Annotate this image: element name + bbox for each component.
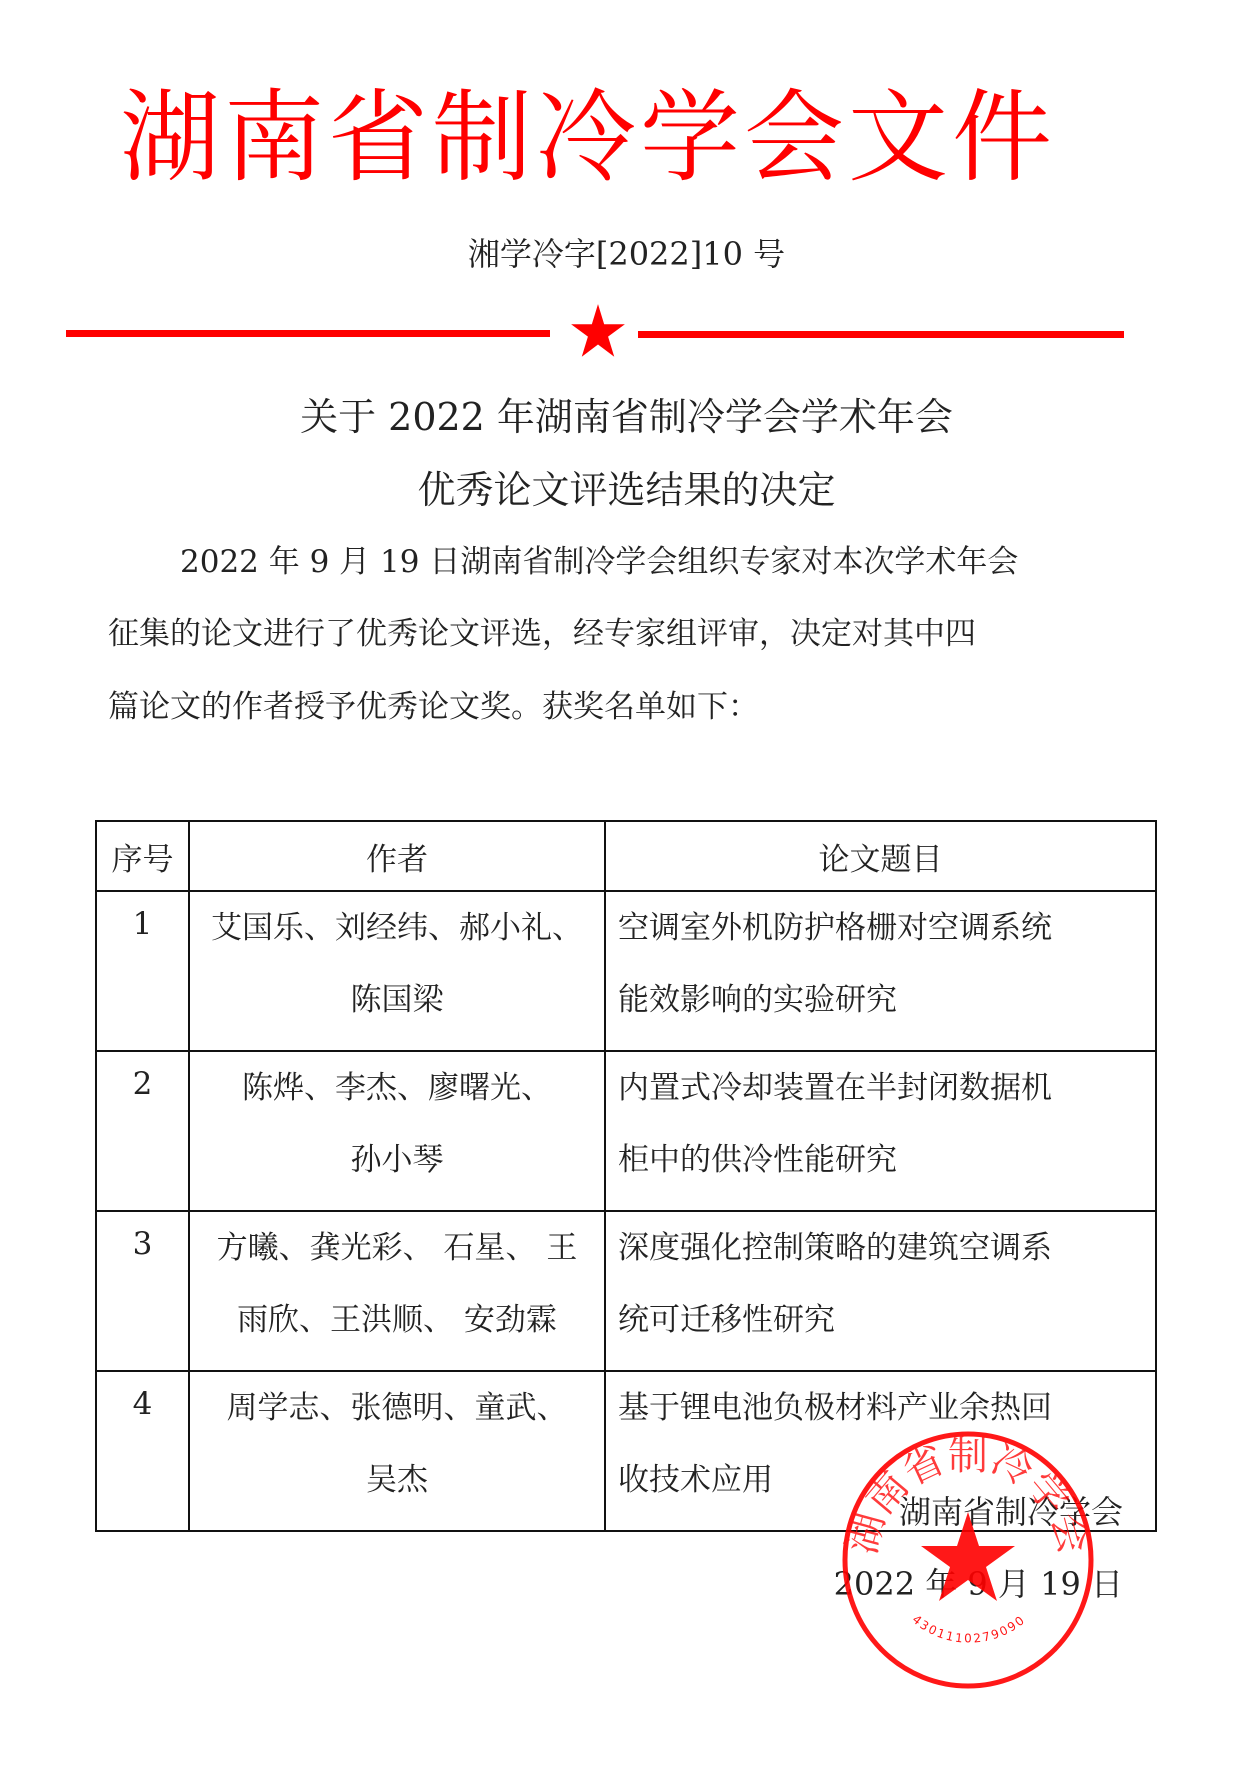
row-number: 4 [96, 1371, 189, 1531]
column-header-number: 序号 [96, 821, 189, 891]
body-paragraph-line: 2022 年 9 月 19 日湖南省制冷学会组织专家对本次学术年会 [180, 540, 1230, 584]
column-header-author: 作者 [189, 821, 605, 891]
title-line: 能效影响的实验研究 [618, 964, 1155, 1036]
document-number: 湘学冷字[2022]10 号 [0, 232, 1253, 276]
body-paragraph-line: 征集的论文进行了优秀论文评选，经专家组评审，决定对其中四 [108, 612, 1158, 656]
title-line: 空调室外机防护格栅对空调系统 [618, 892, 1155, 964]
seal-code: 4301110279090 [910, 1612, 1029, 1645]
row-authors: 陈烨、李杰、廖曙光、 孙小琴 [189, 1051, 605, 1211]
row-paper-title: 深度强化控制策略的建筑空调系 统可迁移性研究 [605, 1211, 1156, 1371]
row-authors: 周学志、张德明、童武、 吴杰 [189, 1371, 605, 1531]
header-divider-right [638, 331, 1124, 338]
title-line: 深度强化控制策略的建筑空调系 [618, 1212, 1155, 1284]
table-header-row: 序号 作者 论文题目 [96, 821, 1156, 891]
author-line: 陈国梁 [190, 964, 604, 1036]
title-line: 统可迁移性研究 [618, 1284, 1155, 1356]
author-line: 吴杰 [190, 1444, 604, 1516]
row-number: 2 [96, 1051, 189, 1211]
table-row: 1 艾国乐、刘经纬、郝小礼、 陈国梁 空调室外机防护格栅对空调系统 能效影响的实… [96, 891, 1156, 1051]
title-line: 柜中的供冷性能研究 [618, 1124, 1155, 1196]
signature-date: 2022 年 9 月 19 日 [834, 1562, 1123, 1606]
author-line: 方曦、龚光彩、 石星、 王 [190, 1212, 604, 1284]
awards-table: 序号 作者 论文题目 1 艾国乐、刘经纬、郝小礼、 陈国梁 空调室外机防护格栅对… [95, 820, 1157, 1532]
svg-text:4301110279090: 4301110279090 [910, 1612, 1029, 1645]
body-paragraph-line: 篇论文的作者授予优秀论文奖。获奖名单如下： [108, 685, 1158, 729]
author-line: 雨欣、王洪顺、 安劲霖 [190, 1284, 604, 1356]
decision-heading-line-2: 优秀论文评选结果的决定 [0, 465, 1253, 515]
table-row: 2 陈烨、李杰、廖曙光、 孙小琴 内置式冷却装置在半封闭数据机 柜中的供冷性能研… [96, 1051, 1156, 1211]
table-row: 3 方曦、龚光彩、 石星、 王 雨欣、王洪顺、 安劲霖 深度强化控制策略的建筑空… [96, 1211, 1156, 1371]
author-line: 陈烨、李杰、廖曙光、 [190, 1052, 604, 1124]
decision-heading-line-1: 关于 2022 年湖南省制冷学会学术年会 [0, 392, 1253, 442]
row-authors: 方曦、龚光彩、 石星、 王 雨欣、王洪顺、 安劲霖 [189, 1211, 605, 1371]
red-star-icon [570, 303, 626, 359]
row-authors: 艾国乐、刘经纬、郝小礼、 陈国梁 [189, 891, 605, 1051]
row-paper-title: 内置式冷却装置在半封闭数据机 柜中的供冷性能研究 [605, 1051, 1156, 1211]
signature-organization: 湖南省制冷学会 [899, 1490, 1123, 1534]
author-line: 孙小琴 [190, 1124, 604, 1196]
row-number: 3 [96, 1211, 189, 1371]
document-title: 湖南省制冷学会文件 [120, 78, 1070, 198]
row-number: 1 [96, 891, 189, 1051]
column-header-title: 论文题目 [605, 821, 1156, 891]
author-line: 艾国乐、刘经纬、郝小礼、 [190, 892, 604, 964]
title-line: 内置式冷却装置在半封闭数据机 [618, 1052, 1155, 1124]
author-line: 周学志、张德明、童武、 [190, 1372, 604, 1444]
title-line: 基于锂电池负极材料产业余热回 [618, 1372, 1155, 1444]
header-divider-left [66, 330, 550, 337]
row-paper-title: 空调室外机防护格栅对空调系统 能效影响的实验研究 [605, 891, 1156, 1051]
